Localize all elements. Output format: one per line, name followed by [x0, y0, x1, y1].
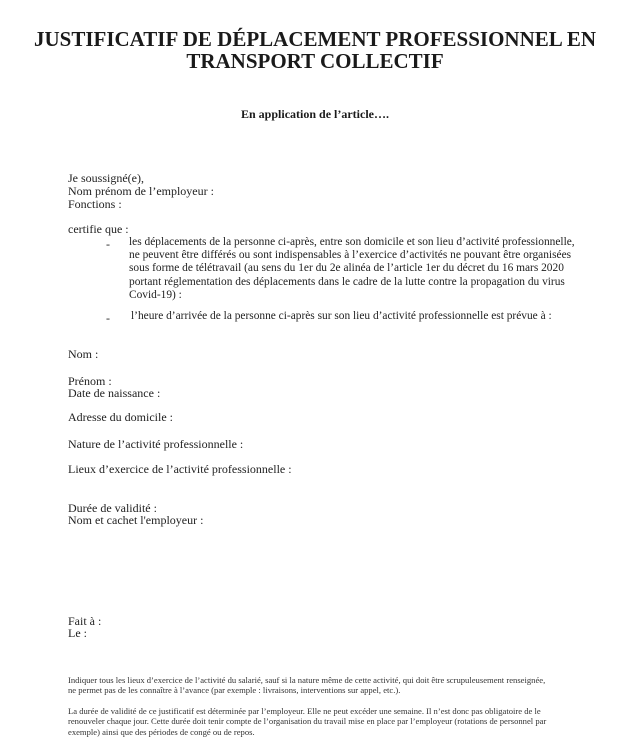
bullet-heure-arrivee: l’heure d’arrivée de la personne ci-aprè… — [131, 310, 601, 323]
bullet-line: sous forme de télétravail (au sens du 1e… — [129, 262, 599, 275]
bullet-marker: - — [106, 312, 110, 325]
bullet-deplacements: les déplacements de la personne ci-après… — [129, 236, 599, 302]
title-line-1: JUSTIFICATIF DE DÉPLACEMENT PROFESSIONNE… — [0, 28, 630, 50]
document-title: JUSTIFICATIF DE DÉPLACEMENT PROFESSIONNE… — [0, 28, 630, 72]
date-field: Le : — [68, 627, 87, 640]
note-line: Indiquer tous les lieux d’exercice de l’… — [68, 675, 545, 685]
bullet-marker: - — [106, 238, 110, 251]
fonctions-label: Fonctions : — [68, 198, 122, 211]
cachet-employeur-field: Nom et cachet l'employeur : — [68, 514, 203, 527]
nature-activite-field: Nature de l’activité professionnelle : — [68, 438, 243, 451]
note-line: renouveler chaque jour. Cette durée doit… — [68, 716, 546, 726]
bullet-line: l’heure d’arrivée de la personne ci-aprè… — [131, 310, 601, 323]
nom-field: Nom : — [68, 348, 98, 361]
bullet-line: portant réglementation des déplacements … — [129, 276, 599, 289]
note-duree-validite: La durée de validité de ce justificatif … — [68, 706, 546, 737]
bullet-line: Covid-19) : — [129, 289, 599, 302]
note-lieux-exercice: Indiquer tous les lieux d’exercice de l’… — [68, 675, 545, 696]
document-subtitle: En application de l’article…. — [0, 107, 630, 122]
bullet-line: ne peuvent être différés ou sont indispe… — [129, 249, 599, 262]
title-line-2: TRANSPORT COLLECTIF — [0, 50, 630, 72]
date-naissance-field: Date de naissance : — [68, 387, 160, 400]
certifie-label: certifie que : — [68, 223, 129, 236]
note-line: exemple) ainsi que des périodes de congé… — [68, 727, 546, 737]
adresse-field: Adresse du domicile : — [68, 411, 173, 424]
note-line: La durée de validité de ce justificatif … — [68, 706, 546, 716]
lieux-exercice-field: Lieux d’exercice de l’activité professio… — [68, 463, 292, 476]
note-line: ne permet pas de les connaître à l’avanc… — [68, 685, 545, 695]
bullet-line: les déplacements de la personne ci-après… — [129, 236, 599, 249]
